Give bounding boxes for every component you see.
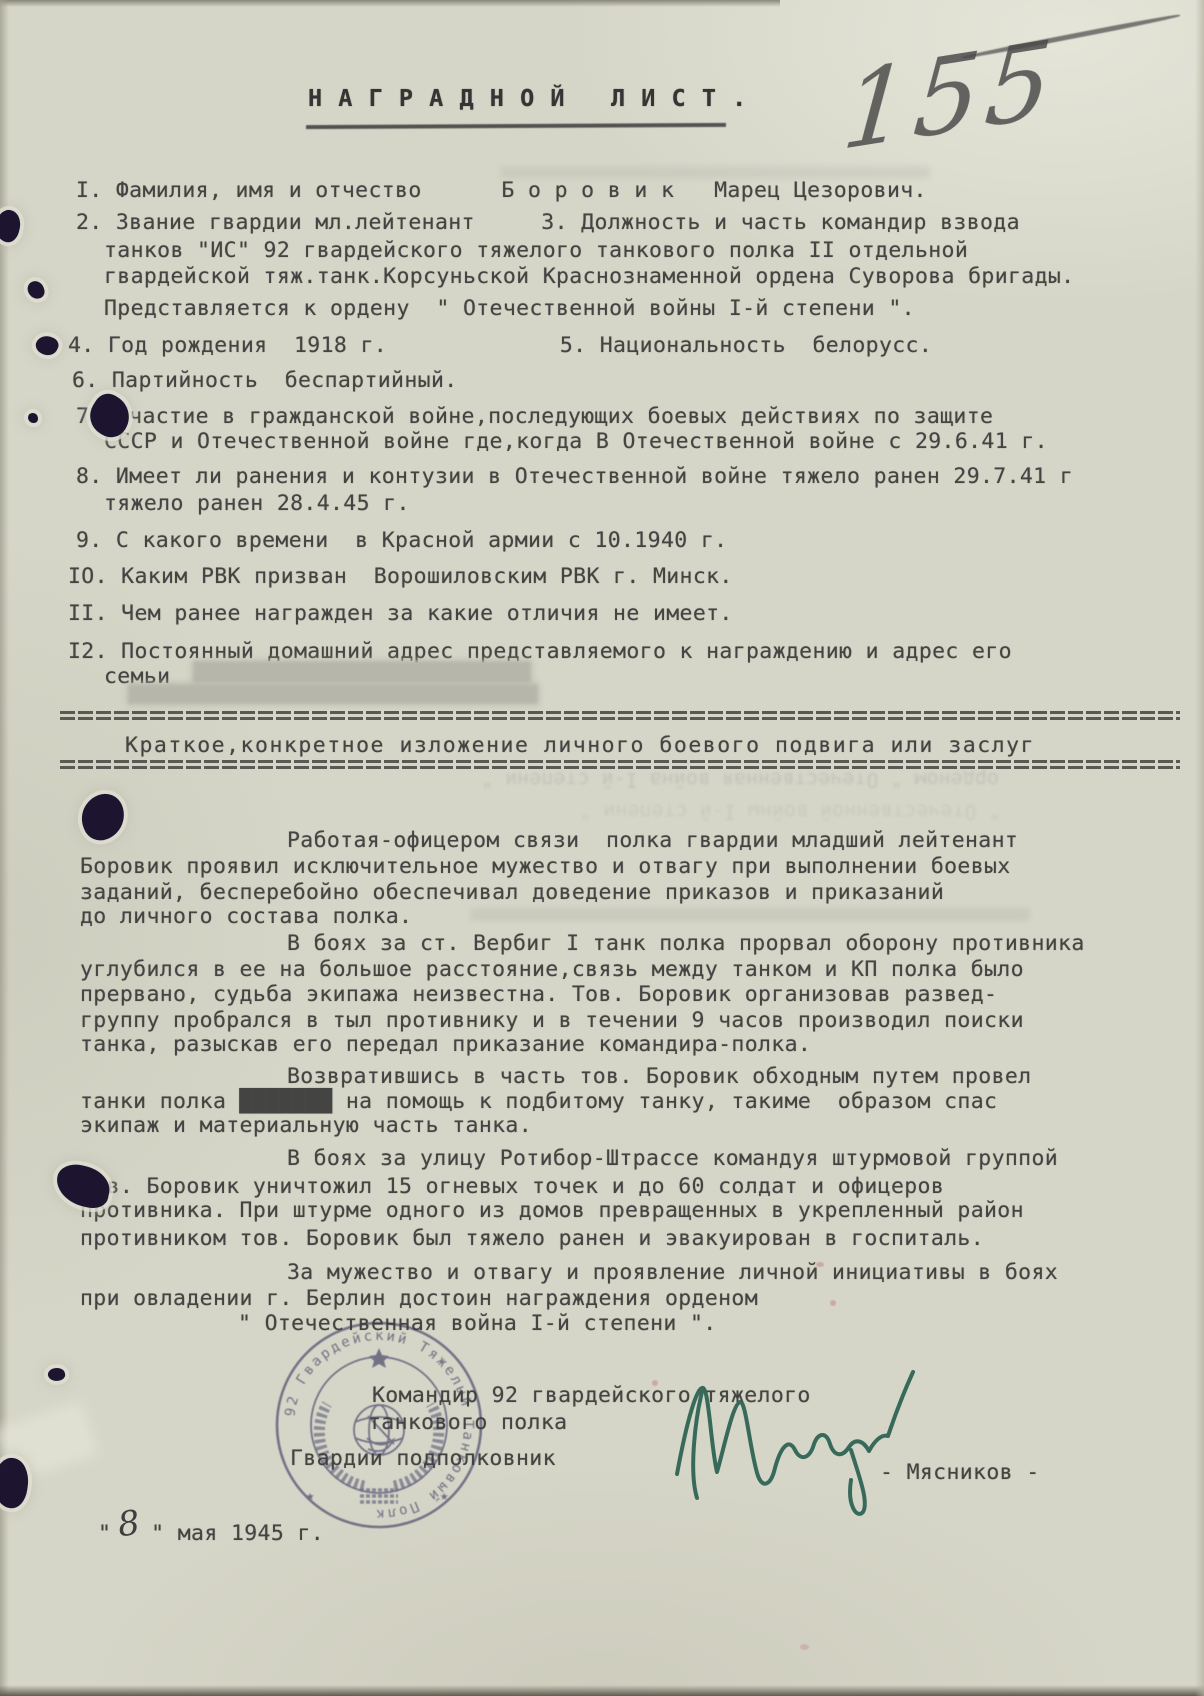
scan-edge-top [0,0,780,7]
typed-line: В боях за ст. Вербиг I танк полка прорва… [287,931,1085,956]
typed-line: Краткое,конкретное изложение личного бое… [125,733,1035,758]
typed-line: Работая-офицером связи полка гвардии мла… [287,828,1018,853]
paper-hole [0,208,24,245]
typed-line: тяжело ранен 28.4.45 г. [104,491,410,516]
typed-line: Гвардии подполковник [290,1446,556,1471]
paper-speck [830,1300,836,1306]
typed-line: В боях за улицу Ротибор-Штрассе командуя… [287,1146,1058,1171]
typed-line: " Отечественная война I-й степени ". [238,1311,717,1336]
typed-line: I. Фамилия, имя и отчество Б о р о в и к… [76,178,927,203]
typed-line: 6. Партийность беспартийный. [72,368,458,393]
stamp-emblem-star [369,1348,389,1368]
typed-line: прервано, судьба экипажа неизвестна. Тов… [80,982,997,1007]
typed-line: Представляется к ордену " Отечественной … [104,296,915,321]
bleedthrough-text: орденом " Отечественная война I-й степен… [340,768,1140,792]
typed-line: Боровик проявил исключительное мужество … [80,854,1011,879]
typed-line: гвардейской тяж.танк.Корсуньской Красноз… [104,264,1074,289]
paper-speck [652,1380,658,1386]
typed-line: противника. При штурме одного из домов п… [80,1198,1024,1223]
redaction-blur [194,662,530,682]
redaction-blur [129,685,537,703]
typed-line: противником тов. Боровик был тяжело ране… [80,1226,984,1251]
paper-speck [816,1262,824,1267]
stamp-star-right: ★ [440,1488,449,1504]
typed-line: при овладении г. Берлин достоин награжде… [80,1286,758,1311]
page-number-handwritten: 155 [838,15,1063,174]
paper-speck [800,1644,809,1650]
typed-line: тов. Боровик уничтожил 15 огневых точек … [80,1174,944,1199]
paper-hole [74,788,131,845]
scanned-award-sheet: { "document": { "annotation_number": "15… [0,0,1204,1696]
typed-line: За мужество и отвагу и проявление личной… [287,1260,1058,1285]
scan-edge-right [1195,0,1204,1696]
typed-line: IO. Каким РВК призван Ворошиловским РВК … [68,564,733,589]
section-divider [60,760,1180,769]
title-underline [306,123,726,129]
typed-line: танки полка ███████ на помощь к подбитом… [80,1089,997,1114]
typed-line: углубился в ее на большое расстояние,свя… [80,957,1024,982]
paper-hole [33,332,61,358]
typed-line: 7. Участие в гражданской войне,последующ… [76,404,993,429]
typed-line: танков "ИС" 92 гвардейского тяжелого тан… [104,238,968,263]
paper-hole [26,279,47,301]
date-day-handwritten: 8 [116,1503,142,1545]
typed-line: заданий, бесперебойно обеспечивал доведе… [80,880,944,905]
typed-line: II. Чем ранее награжден за какие отличия… [68,601,733,626]
typed-line: 2. Звание гвардии мл.лейтенант 3. Должно… [76,210,1020,235]
typed-line: танкового полка [368,1410,567,1435]
typed-line: экипаж и материальную часть танка. [80,1113,532,1138]
typed-line: 4. Год рождения 1918 г. 5. Национальност… [68,333,932,358]
page-title: Н А Г Р А Д Н О Й Л И С Т . [308,84,747,112]
typed-line: СССР и Отечественной войне где,когда В О… [104,429,1048,454]
typed-line: I2. Постоянный домашний адрес представля… [68,639,1012,664]
typed-line: 8. Имеет ли ранения и контузии в Отечест… [76,464,1073,489]
bleedthrough-smudge [470,908,1030,921]
scan-edge-bottom [0,1685,1204,1696]
typed-line: группу пробрался в тыл противнику и в те… [80,1008,1024,1033]
typed-line: танка, разыскав его передал приказание к… [80,1032,811,1057]
stamp-star-left: ★ [306,1488,315,1504]
typed-line: Возвратившись в часть тов. Боровик обход… [287,1064,1031,1089]
signature-ink [655,1356,925,1522]
section-divider [60,711,1180,720]
typed-line: 9. С какого времени в Красной армии с 10… [76,528,727,553]
paper-hole [52,1161,113,1211]
paper-hole [47,1367,66,1383]
typed-line: до личного состава полка. [80,904,412,929]
bleedthrough-text: " Отечественной войны I-й степени " [440,800,1140,824]
paper-hole [28,413,38,423]
